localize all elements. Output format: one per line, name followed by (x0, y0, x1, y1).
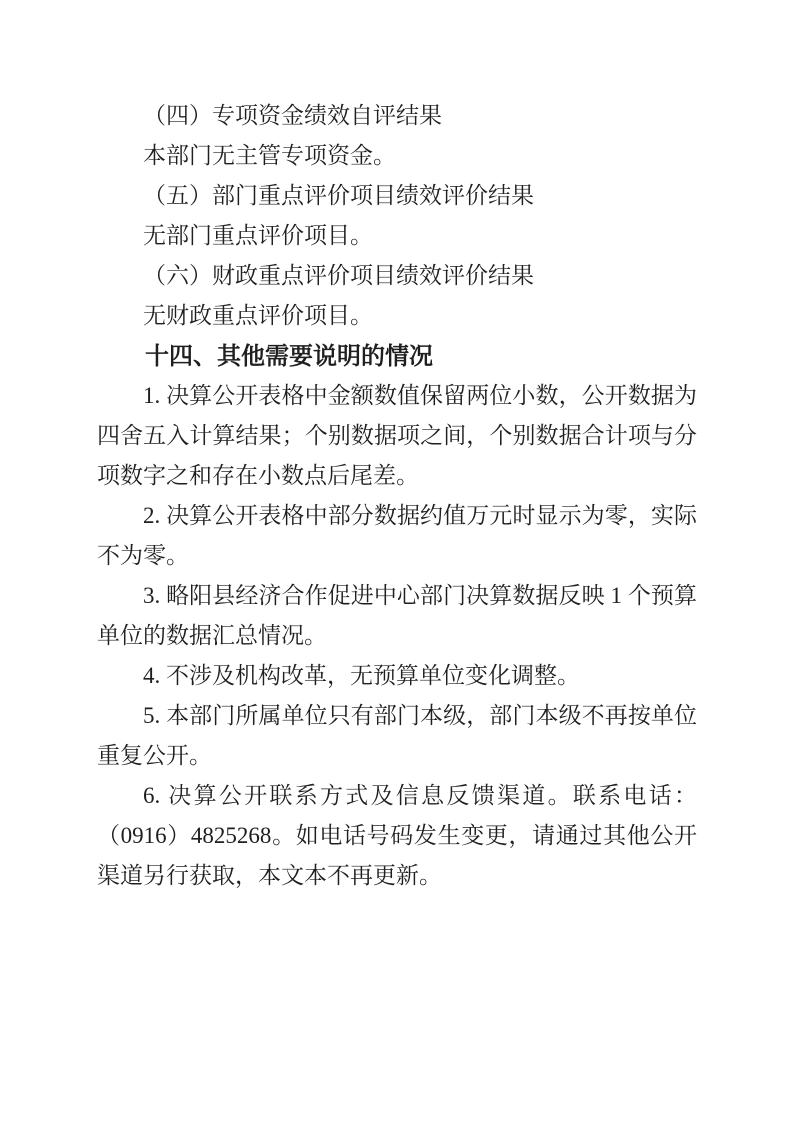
section-heading: 十四、其他需要说明的情况 (97, 336, 697, 376)
body-paragraph: 无部门重点评价项目。 (97, 216, 697, 256)
body-paragraph: 本部门无主管专项资金。 (97, 136, 697, 176)
body-paragraph: 2. 决算公开表格中部分数据约值万元时显示为零，实际不为零。 (97, 496, 697, 576)
body-paragraph: 6. 决算公开联系方式及信息反馈渠道。联系电话：（0916）4825268。如电… (97, 776, 697, 896)
section-subheading: （四）专项资金绩效自评结果 (97, 96, 697, 136)
body-paragraph: 5. 本部门所属单位只有部门本级，部门本级不再按单位重复公开。 (97, 696, 697, 776)
section-subheading: （五）部门重点评价项目绩效评价结果 (97, 176, 697, 216)
body-paragraph: 无财政重点评价项目。 (97, 296, 697, 336)
section-subheading: （六）财政重点评价项目绩效评价结果 (97, 256, 697, 296)
body-paragraph: 3. 略阳县经济合作促进中心部门决算数据反映 1 个预算单位的数据汇总情况。 (97, 576, 697, 656)
document-content: （四）专项资金绩效自评结果本部门无主管专项资金。（五）部门重点评价项目绩效评价结… (97, 96, 697, 896)
body-paragraph: 4. 不涉及机构改革，无预算单位变化调整。 (97, 656, 697, 696)
document-page: （四）专项资金绩效自评结果本部门无主管专项资金。（五）部门重点评价项目绩效评价结… (0, 0, 793, 1122)
body-paragraph: 1. 决算公开表格中金额数值保留两位小数，公开数据为四舍五入计算结果；个别数据项… (97, 376, 697, 496)
